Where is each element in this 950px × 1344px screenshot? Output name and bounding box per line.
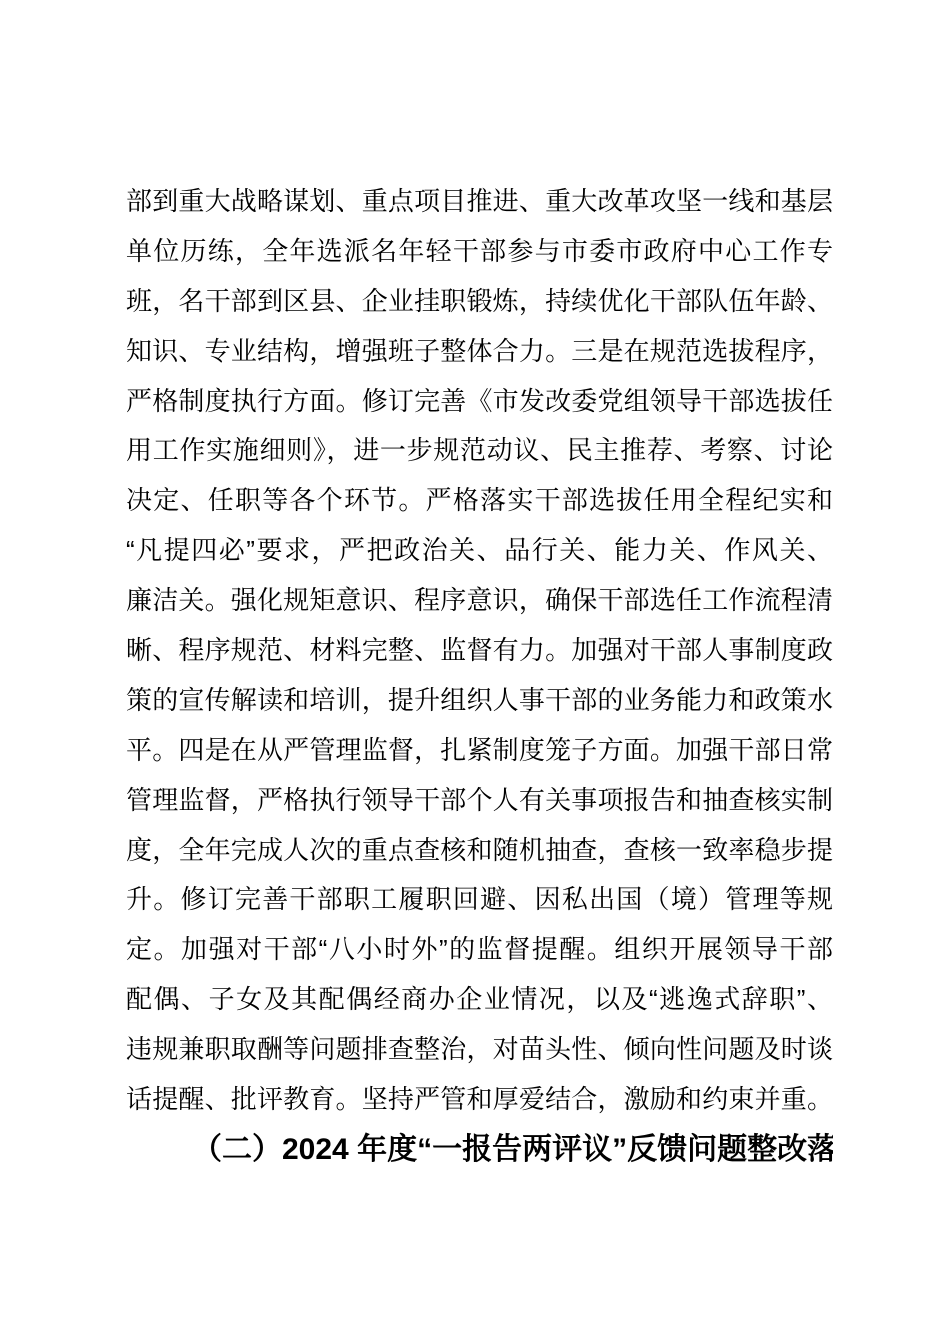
body-paragraph: 部到重大战略谋划、重点项目推进、重大改革攻坚一线和基层单位历练，全年选派名年轻干… — [126, 177, 833, 1125]
body-text-line: 决定、任职等各个环节。严格落实干部选拔任用全程纪实和 — [126, 476, 833, 526]
document-text-block: 部到重大战略谋划、重点项目推进、重大改革攻坚一线和基层单位历练，全年选派名年轻干… — [126, 177, 833, 1175]
body-text-line: 晰、程序规范、材料完整、监督有力。加强对干部人事制度政 — [126, 626, 833, 676]
body-text-line: 违规兼职取酬等问题排查整治，对苗头性、倾向性问题及时谈 — [126, 1025, 833, 1075]
document-page: 部到重大战略谋划、重点项目推进、重大改革攻坚一线和基层单位历练，全年选派名年轻干… — [0, 0, 950, 1344]
body-text-line: 升。修订完善干部职工履职回避、因私出国（境）管理等规 — [126, 875, 833, 925]
body-text-line: 策的宣传解读和培训，提升组织人事干部的业务能力和政策水 — [126, 676, 833, 726]
body-text-line: 管理监督，严格执行领导干部个人有关事项报告和抽查核实制 — [126, 776, 833, 826]
body-text-line: 班，名干部到区县、企业挂职锻炼，持续优化干部队伍年龄、 — [126, 277, 833, 327]
body-text-line: 廉洁关。强化规矩意识、程序意识，确保干部选任工作流程清 — [126, 576, 833, 626]
body-text-line: 定。加强对干部“八小时外”的监督提醒。组织开展领导干部 — [126, 925, 833, 975]
body-text-line: 严格制度执行方面。修订完善《市发改委党组领导干部选拔任 — [126, 377, 833, 427]
body-text-line: 知识、专业结构，增强班子整体合力。三是在规范选拔程序， — [126, 327, 833, 377]
body-text-line: 单位历练，全年选派名年轻干部参与市委市政府中心工作专 — [126, 227, 833, 277]
section-heading: （二）2024 年度“一报告两评议”反馈问题整改落实情 — [126, 1125, 833, 1175]
body-text-line: 用工作实施细则》，进一步规范动议、民主推荐、考察、讨论 — [126, 426, 833, 476]
body-text-line: 部到重大战略谋划、重点项目推进、重大改革攻坚一线和基层 — [126, 177, 833, 227]
body-text-line: 话提醒、批评教育。坚持严管和厚爱结合，激励和约束并重。 — [126, 1075, 833, 1125]
body-text-line: “凡提四必”要求，严把政治关、品行关、能力关、作风关、 — [126, 526, 833, 576]
body-text-line: 配偶、子女及其配偶经商办企业情况，以及“逃逸式辞职”、 — [126, 975, 833, 1025]
body-text-line: 度，全年完成人次的重点查核和随机抽查，查核一致率稳步提 — [126, 826, 833, 876]
body-text-line: 平。四是在从严管理监督，扎紧制度笼子方面。加强干部日常 — [126, 726, 833, 776]
